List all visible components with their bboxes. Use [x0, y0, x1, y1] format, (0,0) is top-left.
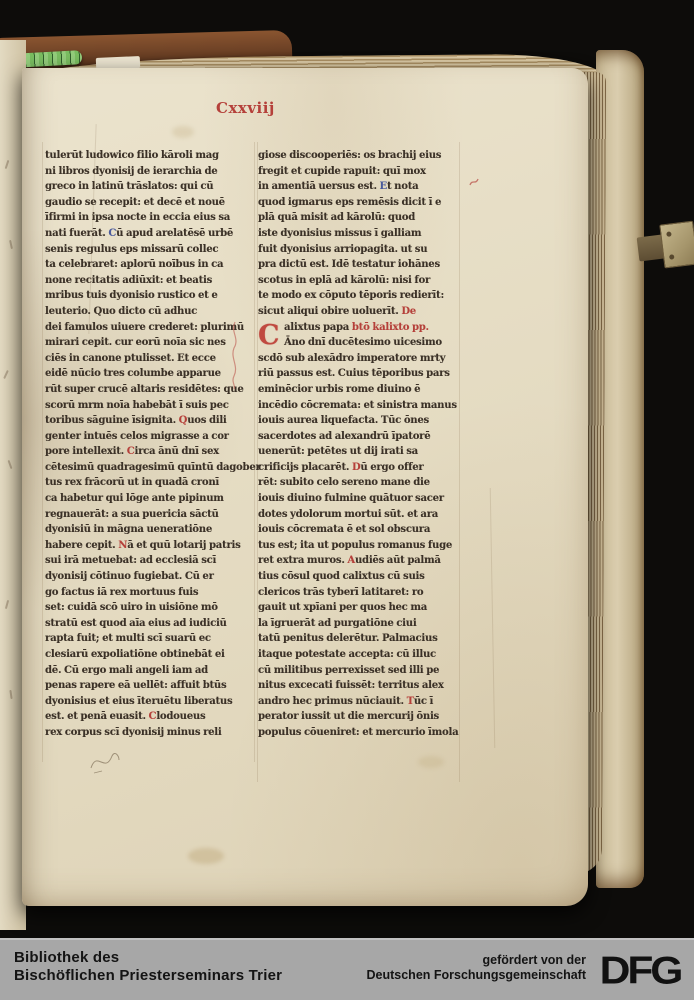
- body-text: iouis cōcremata ē et sol obscura: [258, 524, 430, 535]
- body-text: dyonisius et eius īteruētu liberatus: [45, 696, 232, 707]
- body-text: penas rapere eā uellēt: affuit btūs: [45, 680, 226, 691]
- manuscript-text-line: riū passus est. Cuius tēporibus pars: [258, 366, 461, 382]
- manuscript-text-line: set: cuidā scō uiro in uisiōne mō: [45, 600, 255, 616]
- body-text: gauit ut xpīani per quos hec ma: [258, 602, 427, 613]
- manuscript-text-line: genter intuēs celos migrasse a cor: [45, 429, 255, 445]
- manuscript-text-line: fregit et cupide rapuit: quī mox: [258, 164, 461, 180]
- body-text: irca ānū dnī sex: [135, 446, 219, 457]
- rubric-text: De: [401, 306, 416, 317]
- body-text: mribus tuis dyonisio rustico et e: [45, 290, 218, 301]
- library-credit-line1: Bibliothek des: [14, 949, 282, 967]
- manuscript-text-line: pore intellexit. Circa ānū dnī sex: [45, 444, 255, 460]
- body-text: rūt super crucē altaris residētes: que: [45, 384, 243, 395]
- rubric-text: N: [118, 540, 127, 551]
- manuscript-text-line: habere cepit. Nā et quū lotarij patris: [45, 538, 255, 554]
- body-text: sacerdotes ad alexandrū īpatorē: [258, 431, 430, 442]
- body-text: tatū penitus delerētur. Palmacius: [258, 633, 438, 644]
- body-text: Āno dnī ducētesimo uicesimo: [284, 337, 442, 348]
- manuscript-text-line: sui irā metuebat: ad ecclesiā scī: [45, 553, 255, 569]
- manuscript-text-line: incēdio cōcremata: et sinistra manus: [258, 398, 461, 414]
- red-marginal-mark: [468, 176, 480, 188]
- parchment-stain: [172, 126, 194, 138]
- body-text: ta celebraret: aplorū noībus in ca: [45, 259, 223, 270]
- funding-credit-line1: gefördert von der: [367, 953, 587, 968]
- manuscript-text-line: cū militibus perrexisset sed illi pe: [258, 663, 461, 679]
- body-text: t nota: [387, 181, 418, 192]
- manuscript-text-line: sacerdotes ad alexandrū īpatorē: [258, 429, 461, 445]
- body-text: la īgruerāt ad purgatiōne ciui: [258, 618, 416, 629]
- body-text: lodoueus: [156, 711, 205, 722]
- manuscript-text-line: andro hec primus nūciauit. Tūc ī: [258, 694, 461, 710]
- body-text: plā quā misit ad kārolū: quod: [258, 212, 415, 223]
- manuscript-text-line: iste dyonisius missus ī galliam: [258, 226, 461, 242]
- bleedthrough-mark: [8, 460, 13, 469]
- body-text: perator iussit ut die mercurij ōnis: [258, 711, 439, 722]
- manuscript-text-line: la īgruerāt ad purgatiōne ciui: [258, 616, 461, 632]
- body-text: itaque potestate accepta: cū illuc: [258, 649, 436, 660]
- body-text: dotes ydolorum mortui sūt. et ara: [258, 509, 438, 520]
- body-text: in amentiā uersus est.: [258, 181, 380, 192]
- manuscript-text-line: quod igmarus eps remēsis dicit ī e: [258, 195, 461, 211]
- rubric-text: A: [347, 555, 355, 566]
- manuscript-text-line: leuterio. Quo dicto cū adhuc: [45, 304, 255, 320]
- body-text: set: cuidā scō uiro in uisiōne mō: [45, 602, 218, 613]
- body-text: ciēs in canone ptulisset. Et ecce: [45, 353, 216, 364]
- body-text: genter intuēs celos migrasse a cor: [45, 431, 229, 442]
- manuscript-text-line: tatū penitus delerētur. Palmacius: [258, 631, 461, 647]
- body-text: te modo ex cōputo tēporis redierīt:: [258, 290, 444, 301]
- body-text: scotus in eplā ad kārolū: nisi for: [258, 275, 430, 286]
- manuscript-text-line: ca habetur qui lōge ante pipinum: [45, 491, 255, 507]
- body-text: regnauerāt: a sua puericia sāctū: [45, 509, 219, 520]
- manuscript-text-line: dei famulos uiuere crederet: plurimū: [45, 320, 255, 336]
- funding-credit-line2: Deutschen Forschungsgemeinschaft: [367, 968, 587, 983]
- manuscript-text-line: sicut aliqui obire uoluerīt. De: [258, 304, 461, 320]
- body-text: tulerūt ludowico filio kāroli mag: [45, 150, 219, 161]
- rubric-text: C: [127, 446, 135, 457]
- scan-viewport: Cxxviij tulerūt ludowico filio kāroli ma…: [0, 0, 694, 1000]
- body-text: sicut aliqui obire uoluerīt.: [258, 306, 401, 317]
- manuscript-text-line: gaudio se recepit: et decē et nouē: [45, 195, 255, 211]
- body-text: iste dyonisius missus ī galliam: [258, 228, 421, 239]
- text-column-right: giose discooperiēs: os brachij eiusfregi…: [258, 148, 461, 741]
- manuscript-text-line: uenerūt: petētes ut dij irati sa: [258, 444, 461, 460]
- body-text: gaudio se recepit: et decē et nouē: [45, 197, 225, 208]
- manuscript-text-line: rēt: subito celo sereno mane die: [258, 475, 461, 491]
- pen-trial-squiggle: [88, 746, 122, 776]
- body-text: andro hec primus nūciauit.: [258, 696, 407, 707]
- manuscript-recto-page: Cxxviij tulerūt ludowico filio kāroli ma…: [22, 68, 588, 906]
- manuscript-text-line: cētesimū quadragesimū quīntū dagober: [45, 460, 255, 476]
- manuscript-text-line: dyonisius et eius īteruētu liberatus: [45, 694, 255, 710]
- body-text: riū passus est. Cuius tēporibus pars: [258, 368, 450, 379]
- manuscript-text-line: nitus excecati fuissēt: territus alex: [258, 678, 461, 694]
- body-text: greco in latinū trāslatos: qui cū: [45, 181, 213, 192]
- body-text: ā et quū lotarij patris: [127, 540, 240, 551]
- manuscript-text-line: regnauerāt: a sua puericia sāctū: [45, 507, 255, 523]
- body-text: rapta fuit; et multi scī suarū ec: [45, 633, 211, 644]
- bleedthrough-mark: [9, 690, 12, 699]
- rubric-text: T: [407, 696, 414, 707]
- body-text: quod igmarus eps remēsis dicit ī e: [258, 197, 441, 208]
- manuscript-text-line: tus rex frācorū ut in quadā cronī: [45, 475, 255, 491]
- manuscript-text-line: pra dictū est. Idē testatur iohānes: [258, 257, 461, 273]
- clasp-plate: [659, 221, 694, 269]
- manuscript-text-line: mirari cepit. cur eorū noīa sic nes: [45, 335, 255, 351]
- text-column-left: tulerūt ludowico filio kāroli magni libr…: [45, 148, 255, 741]
- manuscript-text-line: scdō sub alexādro imperatore mrty: [258, 351, 461, 367]
- dfg-logo: DFG: [588, 949, 692, 993]
- manuscript-text-line: gauit ut xpīani per quos hec ma: [258, 600, 461, 616]
- parchment-stain: [188, 848, 224, 864]
- rubric-text: C: [108, 228, 116, 239]
- rubric-text: Q: [179, 415, 188, 426]
- manuscript-text-line: dyonisiū in māgna ueneratiōne: [45, 522, 255, 538]
- body-text: toribus sāguine īsignita.: [45, 415, 179, 426]
- body-text: senis regulus eps missarū collec: [45, 244, 218, 255]
- manuscript-text-line: ni libros dyonisij de ierarchia de: [45, 164, 255, 180]
- body-text: alixtus papa: [284, 322, 352, 333]
- funding-credit: gefördert von der Deutschen Forschungsge…: [367, 953, 587, 983]
- body-text: none recitatis adiūxit: et beatis: [45, 275, 212, 286]
- body-text: pore intellexit.: [45, 446, 127, 457]
- manuscript-text-line: tius cōsul quod calixtus cū suis: [258, 569, 461, 585]
- manuscript-text-line: tus est; ita ut populus romanus fuge: [258, 538, 461, 554]
- manuscript-text-line: te modo ex cōputo tēporis redierīt:: [258, 288, 461, 304]
- body-text: rex corpus scī dyonisij minus reli: [45, 727, 222, 738]
- body-text: iouis diuino fulmine quātuor sacer: [258, 493, 444, 504]
- manuscript-text-line: clesiarū expoliatiōne obtinebāt ei: [45, 647, 255, 663]
- body-text: dei famulos uiuere crederet: plurimū: [45, 322, 244, 333]
- body-text: sui irā metuebat: ad ecclesiā scī: [45, 555, 216, 566]
- body-text: ū ergo offer: [360, 462, 423, 473]
- parchment-stain: [418, 756, 444, 768]
- body-text: iouis aurea liquefacta. Tūc ōnes: [258, 415, 429, 426]
- body-text: cū militibus perrexisset sed illi pe: [258, 665, 439, 676]
- body-text: populus cōueniret: et mercurio īmola: [258, 727, 458, 738]
- body-text: est. et penā euasit.: [45, 711, 149, 722]
- body-text: fregit et cupide rapuit: quī mox: [258, 166, 426, 177]
- manuscript-text-line: perator iussit ut die mercurij ōnis: [258, 709, 461, 725]
- manuscript-text-line: go factus iā rex mortuus fuis: [45, 585, 255, 601]
- manuscript-text-line: greco in latinū trāslatos: qui cū: [45, 179, 255, 195]
- parchment-crease: [490, 488, 496, 748]
- bleedthrough-mark: [9, 240, 13, 249]
- rubric-text: E: [380, 181, 387, 192]
- body-text: ca habetur qui lōge ante pipinum: [45, 493, 224, 504]
- body-text: uenerūt: petētes ut dij irati sa: [258, 446, 418, 457]
- ruling-line: [42, 142, 43, 762]
- manuscript-text-line: est. et penā euasit. Clodoueus: [45, 709, 255, 725]
- manuscript-text-line: plā quā misit ad kārolū: quod: [258, 210, 461, 226]
- body-text: cētesimū quadragesimū quīntū dagober: [45, 462, 261, 473]
- body-text: īfirmi in ipsa nocte in eccia eius sa: [45, 212, 230, 223]
- manuscript-text-line: īfirmi in ipsa nocte in eccia eius sa: [45, 210, 255, 226]
- body-text: dē. Cū ergo mali angeli iam ad: [45, 665, 208, 676]
- library-credit: Bibliothek des Bischöflichen Priestersem…: [14, 949, 282, 985]
- body-text: giose discooperiēs: os brachij eius: [258, 150, 441, 161]
- body-text: tus rex frācorū ut in quadā cronī: [45, 477, 219, 488]
- body-text: tus est; ita ut populus romanus fuge: [258, 540, 452, 551]
- body-text: fuit dyonisius arriopagita. ut su: [258, 244, 427, 255]
- body-text: scdō sub alexādro imperatore mrty: [258, 353, 445, 364]
- body-text: ret extra muros.: [258, 555, 347, 566]
- manuscript-text-line: iouis diuino fulmine quātuor sacer: [258, 491, 461, 507]
- manuscript-text-line: mribus tuis dyonisio rustico et e: [45, 288, 255, 304]
- bleedthrough-mark: [3, 370, 9, 379]
- manuscript-text-line: tulerūt ludowico filio kāroli mag: [45, 148, 255, 164]
- manuscript-text-line: iouis aurea liquefacta. Tūc ōnes: [258, 413, 461, 429]
- body-text: crificijs placarēt.: [258, 462, 352, 473]
- manuscript-text-line: giose discooperiēs: os brachij eius: [258, 148, 461, 164]
- manuscript-text-line: stratū est quod aīa eius ad iudiciū: [45, 616, 255, 632]
- initial-pen-flourish: [228, 320, 242, 390]
- manuscript-text-line: fuit dyonisius arriopagita. ut su: [258, 242, 461, 258]
- footer-banner: Bibliothek des Bischöflichen Priestersem…: [0, 938, 694, 1000]
- body-text: clericos trās tyberī latitaret: ro: [258, 587, 423, 598]
- body-text: uos dili: [187, 415, 226, 426]
- manuscript-text-line: nati fuerāt. Cū apud arelatēsē urbē: [45, 226, 255, 242]
- book-clasp: [635, 219, 694, 276]
- body-text: mirari cepit. cur eorū noīa sic nes: [45, 337, 226, 348]
- folio-number: Cxxviij: [216, 99, 275, 117]
- manuscript-text-line: ret extra muros. Audiēs aūt palmā: [258, 553, 461, 569]
- body-text: incēdio cōcremata: et sinistra manus: [258, 400, 457, 411]
- manuscript-text-line: clericos trās tyberī latitaret: ro: [258, 585, 461, 601]
- body-text: eminēcior urbis rome diuino ē: [258, 384, 420, 395]
- manuscript-text-line: scorū mrm noīa habebāt ī suis pec: [45, 398, 255, 414]
- manuscript-text-line: Āno dnī ducētesimo uicesimo: [258, 335, 461, 351]
- manuscript-text-line: dē. Cū ergo mali angeli iam ad: [45, 663, 255, 679]
- body-text: rēt: subito celo sereno mane die: [258, 477, 430, 488]
- body-text: nati fuerāt.: [45, 228, 108, 239]
- manuscript-text-line: scotus in eplā ad kārolū: nisi for: [258, 273, 461, 289]
- manuscript-text-line: itaque potestate accepta: cū illuc: [258, 647, 461, 663]
- manuscript-text-line: rūt super crucē altaris residētes: que: [45, 382, 255, 398]
- body-text: stratū est quod aīa eius ad iudiciū: [45, 618, 227, 629]
- manuscript-text-line: in amentiā uersus est. Et nota: [258, 179, 461, 195]
- body-text: ni libros dyonisij de ierarchia de: [45, 166, 217, 177]
- body-text: ūc ī: [414, 696, 433, 707]
- manuscript-text-line: penas rapere eā uellēt: affuit btūs: [45, 678, 255, 694]
- manuscript-text-line: ta celebraret: aplorū noībus in ca: [45, 257, 255, 273]
- body-text: pra dictū est. Idē testatur iohānes: [258, 259, 440, 270]
- manuscript-text-line: ciēs in canone ptulisset. Et ecce: [45, 351, 255, 367]
- body-text: tius cōsul quod calixtus cū suis: [258, 571, 425, 582]
- manuscript-text-line: crificijs placarēt. Dū ergo offer: [258, 460, 461, 476]
- body-text: scorū mrm noīa habebāt ī suis pec: [45, 400, 229, 411]
- manuscript-text-line: dotes ydolorum mortui sūt. et ara: [258, 507, 461, 523]
- body-text: udiēs aūt palmā: [355, 555, 441, 566]
- manuscript-photo: Cxxviij tulerūt ludowico filio kāroli ma…: [0, 0, 694, 938]
- body-text: eidē nūcio tres columbe apparue: [45, 368, 221, 379]
- manuscript-text-line: dyonisij cōtinuo fugiebat. Cū er: [45, 569, 255, 585]
- manuscript-text-line: iouis cōcremata ē et sol obscura: [258, 522, 461, 538]
- body-text: dyonisiū in māgna ueneratiōne: [45, 524, 212, 535]
- manuscript-text-line: rex corpus scī dyonisij minus reli: [45, 725, 255, 741]
- manuscript-text-line: populus cōueniret: et mercurio īmola: [258, 725, 461, 741]
- manuscript-text-line: toribus sāguine īsignita. Quos dili: [45, 413, 255, 429]
- clasp-rivet: [669, 254, 675, 260]
- body-text: go factus iā rex mortuus fuis: [45, 587, 198, 598]
- manuscript-text-line: Calixtus papa btō kalixto pp.: [258, 320, 461, 336]
- body-text: clesiarū expoliatiōne obtinebāt ei: [45, 649, 225, 660]
- manuscript-text-line: rapta fuit; et multi scī suarū ec: [45, 631, 255, 647]
- body-text: leuterio. Quo dicto cū adhuc: [45, 306, 197, 317]
- library-credit-line2: Bischöflichen Priesterseminars Trier: [14, 967, 282, 985]
- body-text: dyonisij cōtinuo fugiebat. Cū er: [45, 571, 214, 582]
- body-text: habere cepit.: [45, 540, 118, 551]
- manuscript-text-line: eidē nūcio tres columbe apparue: [45, 366, 255, 382]
- body-text: ū apud arelatēsē urbē: [116, 228, 233, 239]
- manuscript-text-line: senis regulus eps missarū collec: [45, 242, 255, 258]
- manuscript-text-line: none recitatis adiūxit: et beatis: [45, 273, 255, 289]
- body-text: nitus excecati fuissēt: territus alex: [258, 680, 444, 691]
- bleedthrough-mark: [5, 600, 9, 609]
- manuscript-text-line: eminēcior urbis rome diuino ē: [258, 382, 461, 398]
- clasp-rivet: [666, 231, 672, 237]
- bleedthrough-mark: [5, 160, 10, 169]
- rubric-text: btō kalixto pp.: [352, 322, 429, 333]
